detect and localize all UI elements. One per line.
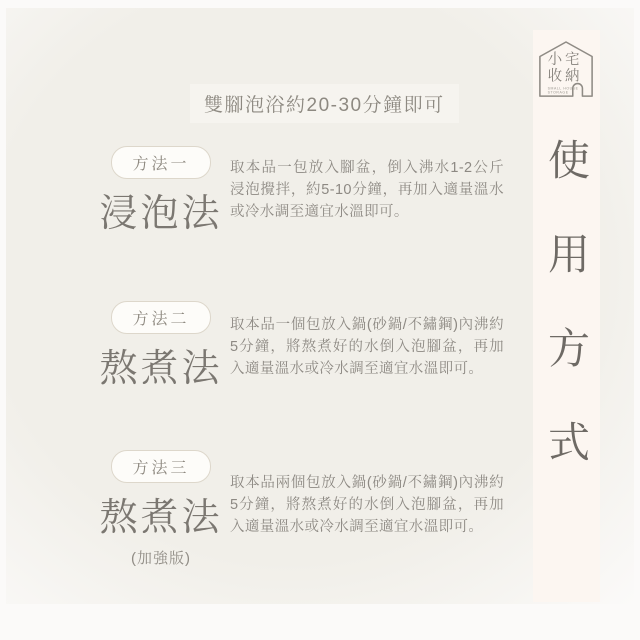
brand-logo-house-icon: 小宅 收納 SMALL HOUSE STORAGE: [537, 38, 595, 104]
method-3-badge: 方法三: [111, 450, 210, 483]
sidebar-strip: 小宅 收納 SMALL HOUSE STORAGE 使用方式: [533, 30, 600, 602]
svg-text:小宅: 小宅: [548, 51, 583, 68]
method-section-3: 方法三 熬煮法 (加強版) 取本品兩個包放入鍋(砂鍋/不鏽鋼)內沸約5分鐘，將熬…: [88, 450, 508, 568]
method-1-title: 浸泡法: [88, 182, 234, 237]
method-2-description: 取本品一個包放入鍋(砂鍋/不鏽鋼)內沸約5分鐘，將熬煮好的水倒入泡腳盆，再加入適…: [230, 314, 504, 380]
header-note: 雙腳泡浴約20-30分鐘即可: [190, 84, 459, 123]
method-section-1: 方法一 浸泡法 取本品一包放入腳盆，倒入沸水1-2公斤浸泡攪拌，約5-10分鐘，…: [88, 146, 508, 237]
method-1-heading: 方法一 浸泡法: [88, 146, 234, 237]
method-1-description: 取本品一包放入腳盆，倒入沸水1-2公斤浸泡攪拌，約5-10分鐘，再加入適量溫水或…: [230, 157, 504, 223]
method-2-heading: 方法二 熬煮法: [88, 301, 234, 392]
method-section-2: 方法二 熬煮法 取本品一個包放入鍋(砂鍋/不鏽鋼)內沸約5分鐘，將熬煮好的水倒入…: [88, 301, 508, 392]
method-2-title: 熬煮法: [88, 337, 234, 392]
svg-text:收納: 收納: [548, 67, 583, 85]
method-3-subtitle: (加強版): [88, 547, 234, 568]
product-instruction-image: 雙腳泡浴約20-30分鐘即可 方法一 浸泡法 取本品一包放入腳盆，倒入沸水1-2…: [0, 0, 640, 640]
svg-text:STORAGE: STORAGE: [548, 91, 569, 95]
method-2-badge: 方法二: [111, 301, 210, 334]
method-3-heading: 方法三 熬煮法 (加強版): [88, 450, 234, 568]
method-3-title: 熬煮法: [88, 486, 234, 541]
method-3-description: 取本品兩個包放入鍋(砂鍋/不鏽鋼)內沸約5分鐘，將熬煮好的水倒入泡腳盆，再加入適…: [230, 472, 504, 538]
method-1-badge: 方法一: [111, 146, 210, 179]
sidebar-title-vertical: 使用方式: [533, 138, 600, 598]
